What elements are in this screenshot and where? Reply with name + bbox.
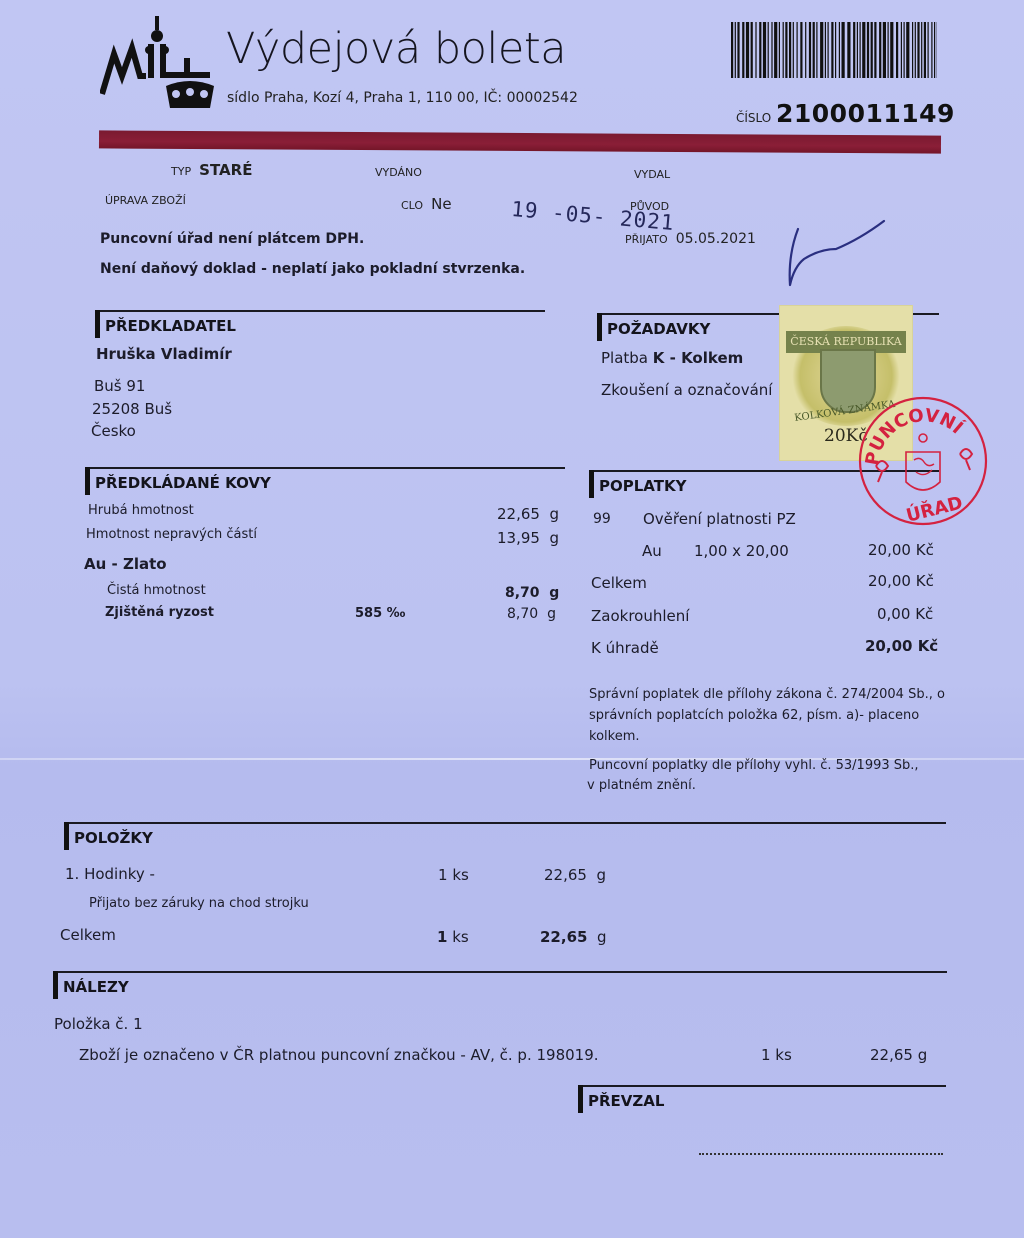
- metal-name: Au - Zlato: [84, 555, 167, 573]
- svg-text:PUNCOVNÍ: PUNCOVNÍ: [862, 405, 968, 467]
- office-address: sídlo Praha, Kozí 4, Praha 1, 110 00, IČ…: [227, 90, 578, 106]
- item-weight-unit: g: [597, 866, 607, 884]
- false-parts-weight-unit: g: [550, 529, 560, 547]
- section-nalezy: NÁLEZY: [53, 971, 947, 1001]
- clo-value: Ne: [431, 195, 451, 213]
- fee-code: 99: [593, 511, 611, 527]
- uprava-label: ÚPRAVA ZBOŽÍ: [105, 194, 186, 207]
- section-heading: PŘEDKLADATEL: [105, 317, 236, 335]
- section-heading: PŘEVZAL: [588, 1092, 664, 1110]
- section-kovy: PŘEDKLÁDANÉ KOVY: [85, 467, 565, 497]
- net-weight-unit: g: [549, 585, 559, 601]
- item-qty-number: 1: [438, 866, 448, 884]
- typ-field: TYP STARÉ: [171, 160, 252, 179]
- net-weight-label: Čistá hmotnost: [107, 583, 206, 598]
- section-marker: [589, 470, 594, 498]
- section-heading: PŘEDKLÁDANÉ KOVY: [95, 474, 271, 492]
- prijato-value: 05.05.2021: [676, 231, 756, 247]
- currency: Kč: [918, 637, 939, 655]
- gross-weight-unit: g: [550, 505, 560, 523]
- section-marker: [95, 310, 100, 338]
- fineness-weight-number: 8,70: [507, 606, 538, 622]
- items-total-qty-number: 1: [437, 928, 447, 946]
- item-quantity: 1 ks: [438, 866, 469, 884]
- fee-metal: Au: [642, 542, 662, 560]
- fineness-weight: 8,70 g: [507, 606, 556, 622]
- currency: Kč: [916, 572, 934, 590]
- legal-note-line-1: Správní poplatek dle přílohy zákona č. 2…: [589, 687, 945, 702]
- net-weight-value: 8,70 g: [505, 585, 559, 601]
- clo-label: CLO: [401, 199, 423, 212]
- amount-due-number: 20,00: [865, 637, 912, 655]
- gross-weight-label: Hrubá hmotnost: [88, 503, 194, 518]
- fee-calculation: 1,00 x 20,00: [694, 542, 789, 560]
- vat-notice: Puncovní úřad není plátcem DPH.: [100, 231, 364, 247]
- payment-field: Platba K - Kolkem: [601, 349, 743, 367]
- barcode-icon: [731, 22, 937, 78]
- gross-weight-value: 22,65 g: [497, 505, 559, 523]
- typ-value: STARÉ: [199, 161, 252, 179]
- clo-field: CLO Ne: [401, 194, 452, 213]
- rounding-value: 0,00 Kč: [877, 605, 933, 623]
- fineness-value: 585 ‰: [355, 606, 405, 621]
- fee-total-value: 20,00 Kč: [868, 572, 934, 590]
- submitter-city: 25208 Buš: [92, 400, 172, 418]
- payment-label: Platba: [601, 349, 648, 367]
- net-weight-number: 8,70: [505, 585, 540, 601]
- amount-due-label: K úhradě: [591, 639, 659, 657]
- false-parts-weight-number: 13,95: [497, 529, 540, 547]
- typ-label: TYP: [171, 165, 191, 178]
- section-heading: POPLATKY: [599, 477, 686, 495]
- false-parts-weight-value: 13,95 g: [497, 529, 559, 547]
- section-marker: [53, 971, 58, 999]
- items-total-weight-number: 22,65: [540, 928, 587, 946]
- prijato-label: PŘIJATO: [625, 233, 668, 246]
- finding-quantity: 1 ks: [761, 1046, 792, 1064]
- items-total-qty-unit: ks: [452, 928, 469, 946]
- signature: [780, 215, 890, 295]
- item-note: Přijato bez záruky na chod strojku: [89, 896, 309, 911]
- section-predkladatel: PŘEDKLADATEL: [95, 310, 545, 340]
- submitter-name: Hruška Vladimír: [96, 345, 232, 363]
- fee-total-number: 20,00: [868, 572, 911, 590]
- item-qty-unit: ks: [452, 866, 469, 884]
- fineness-label: Zjištěná ryzost: [105, 605, 214, 620]
- legal-note-line-3: kolkem.: [589, 729, 640, 744]
- finding-weight: 22,65 g: [870, 1046, 927, 1064]
- section-heading: POLOŽKY: [74, 829, 153, 847]
- vydano-label: VYDÁNO: [375, 166, 422, 179]
- section-marker: [597, 313, 602, 341]
- finding-item-label: Položka č. 1: [54, 1015, 143, 1033]
- section-heading: POŽADAVKY: [607, 320, 710, 338]
- submitter-country: Česko: [91, 422, 136, 440]
- fineness-weight-unit: g: [547, 606, 556, 622]
- fee-total-label: Celkem: [591, 574, 647, 592]
- section-heading: NÁLEZY: [63, 978, 129, 996]
- stamp-bottom-text: ÚŘAD: [904, 492, 965, 527]
- document-number: 2100011149: [776, 99, 955, 128]
- legal-note-line-5: v platném znění.: [587, 778, 696, 793]
- section-polozky: POLOŽKY: [64, 822, 946, 852]
- signature-line: [699, 1153, 943, 1155]
- legal-note-line-4: Puncovní poplatky dle přílohy vyhl. č. 5…: [589, 758, 919, 773]
- false-parts-weight-label: Hmotnost nepravých částí: [86, 527, 257, 542]
- item-weight: 22,65 g: [544, 866, 606, 884]
- rounding-label: Zaokrouhlení: [591, 607, 689, 625]
- items-total-label: Celkem: [60, 926, 116, 944]
- legal-note-line-2: správních poplatcích položka 62, písm. a…: [589, 708, 919, 723]
- items-total-quantity: 1 ks: [437, 928, 469, 946]
- finding-text: Zboží je označeno v ČR platnou puncovní …: [79, 1046, 599, 1064]
- office-seal-stamp: PUNCOVNÍ ÚŘAD: [856, 394, 990, 528]
- requested-service: Zkoušení a označování: [601, 381, 772, 399]
- tax-document-notice: Není daňový doklad - neplatí jako poklad…: [100, 261, 525, 277]
- items-total-weight: 22,65 g: [540, 928, 607, 946]
- prijato-field: PŘIJATO 05.05.2021: [625, 228, 756, 247]
- payment-value: K - Kolkem: [653, 349, 743, 367]
- gross-weight-number: 22,65: [497, 505, 540, 523]
- stamp-top-text: PUNCOVNÍ: [862, 405, 968, 467]
- amount-due-value: 20,00 Kč: [865, 637, 938, 655]
- vydal-label: VYDAL: [634, 168, 670, 181]
- document-title: Výdejová boleta: [226, 24, 566, 74]
- fee-line-amount: 20,00 Kč: [868, 541, 934, 559]
- fee-service: Ověření platnosti PZ: [643, 510, 796, 528]
- currency: Kč: [916, 541, 934, 559]
- section-marker: [578, 1085, 583, 1113]
- number-label: ČÍSLO: [736, 111, 771, 125]
- submitter-street: Buš 91: [94, 377, 145, 395]
- section-marker: [85, 467, 90, 495]
- items-total-weight-unit: g: [597, 928, 607, 946]
- section-marker: [64, 822, 69, 850]
- item-weight-number: 22,65: [544, 866, 587, 884]
- hallmark-office-logo: [100, 14, 218, 114]
- rounding-number: 0,00: [877, 605, 910, 623]
- currency: Kč: [915, 605, 933, 623]
- fee-line-number: 20,00: [868, 541, 911, 559]
- section-prevzal: PŘEVZAL: [578, 1085, 946, 1115]
- item-name: 1. Hodinky -: [65, 865, 155, 883]
